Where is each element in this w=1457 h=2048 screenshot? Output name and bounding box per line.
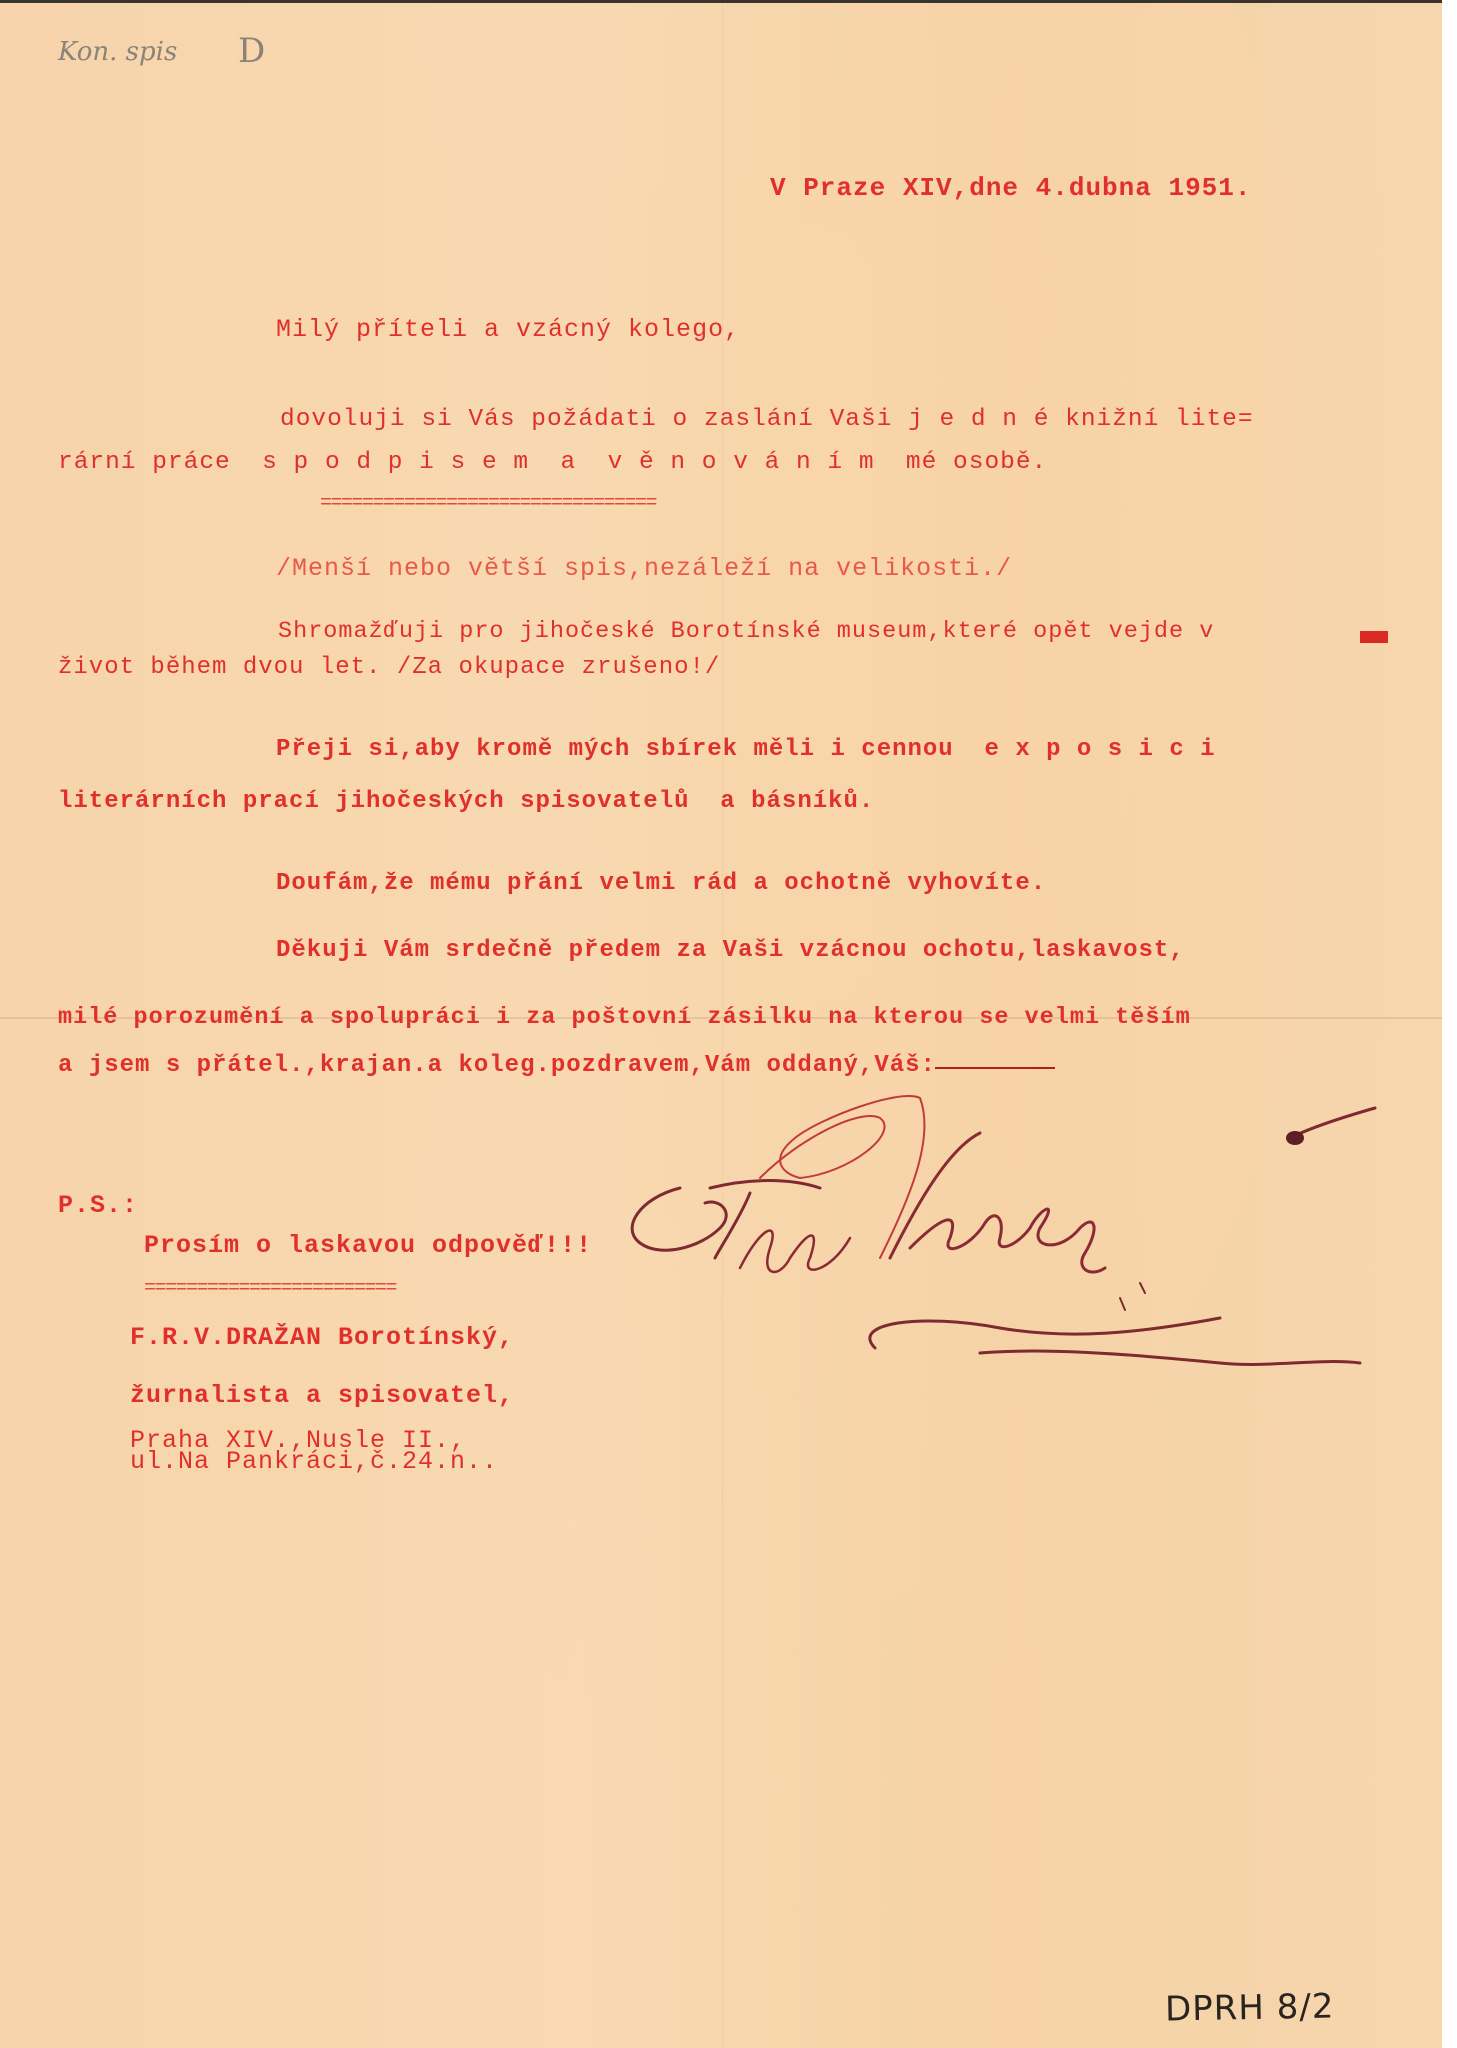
sender-name: F.R.V.DRAŽAN Borotínský,	[130, 1325, 514, 1350]
postscript-text: Prosím o laskavou odpověď!!!	[144, 1233, 592, 1258]
salutation: Milý příteli a vzácný kolego,	[276, 317, 740, 342]
pencil-mark-d: D	[238, 31, 265, 71]
body-p2: /Menší nebo větší spis,nezáleží na velik…	[276, 556, 1012, 581]
postscript-underline-rule: ========================	[144, 1279, 496, 1299]
double-underline-rule: ================================	[320, 494, 1003, 514]
handwritten-signature	[620, 1078, 1380, 1378]
archive-reference-mark: DPRH 8/2	[1165, 1987, 1335, 2030]
body-p6-line3: a jsem s přátel.,krajan.a koleg.pozdrave…	[58, 1054, 936, 1078]
place-date: V Praze XIV,dne 4.dubna 1951.	[770, 175, 1251, 201]
body-p1-line2: rární práce s p o d p i s e m a v ě n o …	[58, 451, 1047, 476]
postscript-label: P.S.:	[58, 1193, 138, 1218]
struck-out-text	[935, 1067, 1055, 1069]
body-p4-line2: literárních prací jihočeských spisovatel…	[58, 790, 874, 814]
body-p1-line1: dovoluji si Vás požádati o zaslání Vaši …	[280, 408, 1254, 433]
body-p4-line1: Přeji si,aby kromě mých sbírek měli i ce…	[276, 738, 1216, 762]
body-p6-line2: milé porozumění a spolupráci i za poštov…	[58, 1006, 1191, 1030]
body-p3-line2: život během dvou let. /Za okupace zrušen…	[58, 656, 720, 680]
letter-page: Kon. spis D V Praze XIV,dne 4.dubna 1951…	[0, 0, 1442, 2048]
body-p5: Doufám,že mému přání velmi rád a ochotně…	[276, 872, 1046, 896]
body-p6-line1: Děkuji Vám srdečně předem za Vaši vzácno…	[276, 939, 1185, 963]
pencil-annotation-top-left: Kon. spis	[58, 37, 177, 67]
sender-address-line2: ul.Na Pankráci,č.24.n..	[130, 1449, 498, 1474]
sender-profession: žurnalista a spisovatel,	[130, 1383, 514, 1408]
typed-over-correction	[1360, 631, 1388, 643]
body-p3-line1: Shromažďuji pro jihočeské Borotínské mus…	[278, 620, 1214, 644]
